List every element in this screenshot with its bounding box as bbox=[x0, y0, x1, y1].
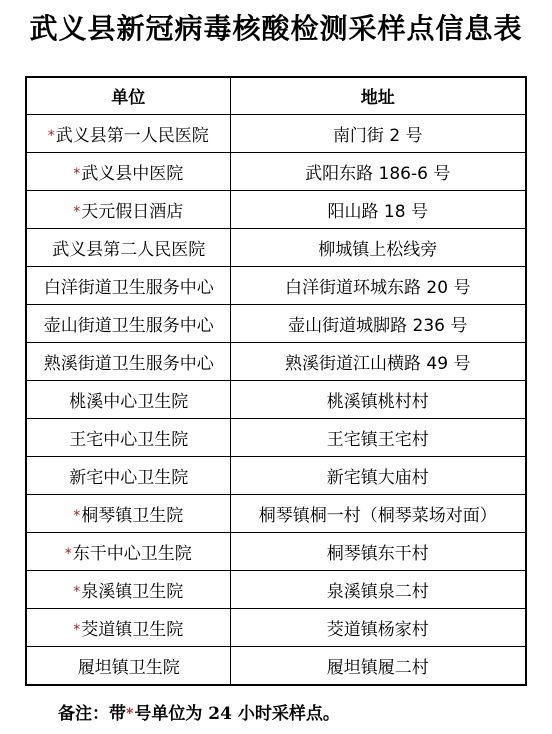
address-cell: 桐琴镇桐一村（桐琴菜场对面） bbox=[230, 494, 526, 532]
star-marker: * bbox=[73, 622, 80, 638]
address-cell: 王宅镇王宅村 bbox=[230, 418, 526, 456]
unit-name: 桃溪中心卫生院 bbox=[69, 392, 188, 412]
unit-name: 茭道镇卫生院 bbox=[81, 620, 183, 640]
table-row: 壶山街道卫生服务中心 壶山街道城脚路 236 号 bbox=[26, 304, 526, 342]
unit-cell: 履坦镇卫生院 bbox=[26, 646, 230, 685]
table-row: *东干中心卫生院 桐琴镇东干村 bbox=[26, 532, 526, 570]
table-header-row: 单位 地址 bbox=[26, 77, 526, 115]
address-cell: 履坦镇履二村 bbox=[230, 646, 526, 685]
sampling-points-table: 单位 地址 *武义县第一人民医院 南门街 2 号 *武义县中医院 武阳东路 18… bbox=[25, 76, 527, 686]
address-cell: 武阳东路 186-6 号 bbox=[230, 152, 526, 190]
unit-cell: 王宅中心卫生院 bbox=[26, 418, 230, 456]
star-marker: * bbox=[73, 166, 80, 182]
address-cell: 阳山路 18 号 bbox=[230, 190, 526, 228]
address-cell: 柳城镇上松线旁 bbox=[230, 228, 526, 266]
unit-name: 武义县中医院 bbox=[81, 164, 183, 184]
table-row: *武义县第一人民医院 南门街 2 号 bbox=[26, 114, 526, 152]
star-marker: * bbox=[73, 508, 80, 524]
address-cell: 白洋街道环城东路 20 号 bbox=[230, 266, 526, 304]
table-row: 王宅中心卫生院 王宅镇王宅村 bbox=[26, 418, 526, 456]
page: 武义县新冠病毒核酸检测采样点信息表 单位 地址 *武义县第一人民医院 南门街 2… bbox=[0, 0, 552, 734]
unit-name: 熟溪街道卫生服务中心 bbox=[44, 354, 214, 374]
table-row: *泉溪镇卫生院 泉溪镇泉二村 bbox=[26, 570, 526, 608]
unit-name: 泉溪镇卫生院 bbox=[81, 582, 183, 602]
table-row: 熟溪街道卫生服务中心 熟溪街道江山横路 49 号 bbox=[26, 342, 526, 380]
unit-cell: *茭道镇卫生院 bbox=[26, 608, 230, 646]
table-row: *天元假日酒店 阳山路 18 号 bbox=[26, 190, 526, 228]
unit-name: 武义县第一人民医院 bbox=[56, 126, 209, 146]
page-title: 武义县新冠病毒核酸检测采样点信息表 bbox=[0, 0, 552, 46]
unit-name: 桐琴镇卫生院 bbox=[81, 506, 183, 526]
table-row: 桃溪中心卫生院 桃溪镇桃村村 bbox=[26, 380, 526, 418]
unit-cell: 武义县第二人民医院 bbox=[26, 228, 230, 266]
unit-cell: 白洋街道卫生服务中心 bbox=[26, 266, 230, 304]
star-marker: * bbox=[65, 546, 72, 562]
address-cell: 新宅镇大庙村 bbox=[230, 456, 526, 494]
column-header-address: 地址 bbox=[230, 77, 526, 115]
star-marker: * bbox=[126, 706, 133, 722]
star-marker: * bbox=[48, 128, 55, 144]
address-cell: 南门街 2 号 bbox=[230, 114, 526, 152]
footer-note: 备注：带*号单位为 24 小时采样点。 bbox=[58, 699, 552, 724]
unit-name: 东干中心卫生院 bbox=[73, 544, 192, 564]
table-row: *桐琴镇卫生院 桐琴镇桐一村（桐琴菜场对面） bbox=[26, 494, 526, 532]
unit-cell: *武义县第一人民医院 bbox=[26, 114, 230, 152]
footer-note-prefix: 备注：带 bbox=[58, 704, 126, 724]
table-row: 武义县第二人民医院 柳城镇上松线旁 bbox=[26, 228, 526, 266]
table-row: *武义县中医院 武阳东路 186-6 号 bbox=[26, 152, 526, 190]
address-cell: 桐琴镇东干村 bbox=[230, 532, 526, 570]
unit-cell: *武义县中医院 bbox=[26, 152, 230, 190]
address-cell: 壶山街道城脚路 236 号 bbox=[230, 304, 526, 342]
address-cell: 桃溪镇桃村村 bbox=[230, 380, 526, 418]
address-cell: 熟溪街道江山横路 49 号 bbox=[230, 342, 526, 380]
unit-name: 壶山街道卫生服务中心 bbox=[44, 316, 214, 336]
table-row: *茭道镇卫生院 茭道镇杨家村 bbox=[26, 608, 526, 646]
table-row: 白洋街道卫生服务中心 白洋街道环城东路 20 号 bbox=[26, 266, 526, 304]
address-cell: 茭道镇杨家村 bbox=[230, 608, 526, 646]
unit-cell: 桃溪中心卫生院 bbox=[26, 380, 230, 418]
unit-cell: *天元假日酒店 bbox=[26, 190, 230, 228]
address-cell: 泉溪镇泉二村 bbox=[230, 570, 526, 608]
unit-name: 天元假日酒店 bbox=[81, 202, 183, 222]
star-marker: * bbox=[73, 584, 80, 600]
unit-name: 王宅中心卫生院 bbox=[69, 430, 188, 450]
unit-cell: *泉溪镇卫生院 bbox=[26, 570, 230, 608]
star-marker: * bbox=[73, 204, 80, 220]
table-row: 新宅中心卫生院 新宅镇大庙村 bbox=[26, 456, 526, 494]
table-body: *武义县第一人民医院 南门街 2 号 *武义县中医院 武阳东路 186-6 号 … bbox=[26, 114, 526, 685]
footer-note-suffix: 号单位为 24 小时采样点。 bbox=[134, 704, 340, 724]
table-row: 履坦镇卫生院 履坦镇履二村 bbox=[26, 646, 526, 685]
column-header-unit: 单位 bbox=[26, 77, 230, 115]
unit-name: 新宅中心卫生院 bbox=[69, 468, 188, 488]
unit-cell: 新宅中心卫生院 bbox=[26, 456, 230, 494]
unit-cell: 熟溪街道卫生服务中心 bbox=[26, 342, 230, 380]
unit-name: 武义县第二人民医院 bbox=[52, 240, 205, 260]
unit-cell: *东干中心卫生院 bbox=[26, 532, 230, 570]
unit-cell: *桐琴镇卫生院 bbox=[26, 494, 230, 532]
unit-name: 履坦镇卫生院 bbox=[78, 658, 180, 678]
unit-cell: 壶山街道卫生服务中心 bbox=[26, 304, 230, 342]
unit-name: 白洋街道卫生服务中心 bbox=[44, 278, 214, 298]
